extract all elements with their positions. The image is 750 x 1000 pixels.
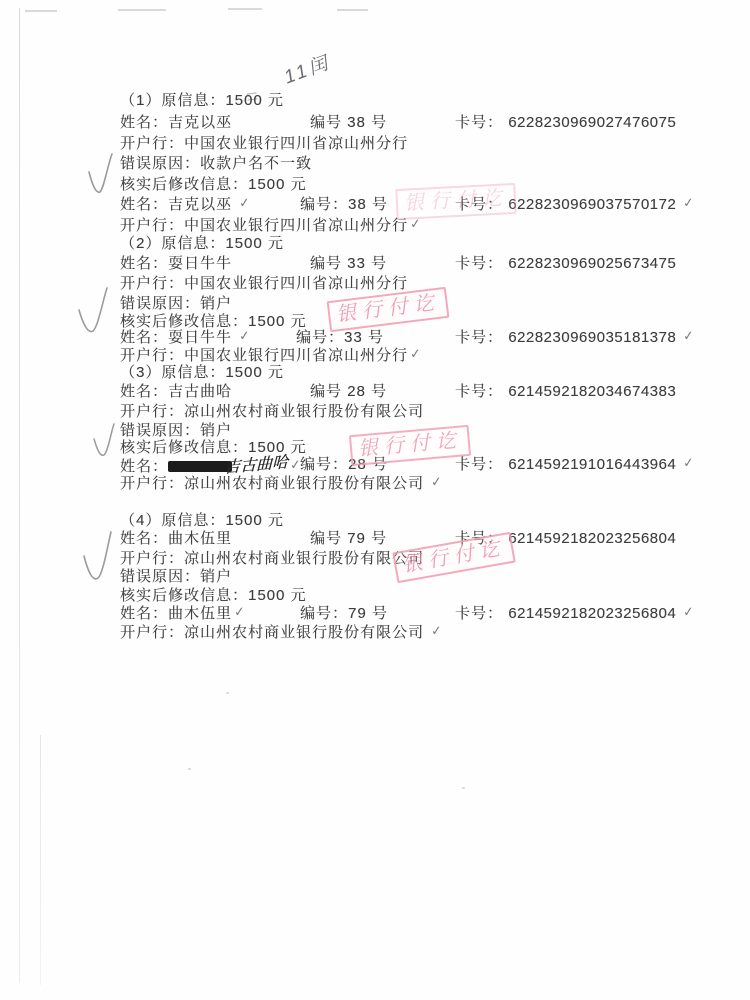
card-label: 卡号： [455, 383, 503, 400]
bank-label: 开户行： [120, 475, 184, 492]
record-1-verified-header: 核实后修改信息：1500 元 [120, 173, 307, 194]
check-mark: ✓ [430, 623, 443, 640]
record-3-original-card-row: 卡号： 6214592182034674383 [455, 380, 676, 401]
new-card-number: 6228230969035181378 [508, 329, 676, 346]
record-3-new-card-row: 卡号： 6214592191016443964✓ [455, 453, 695, 474]
record-1-original-number: 编号 38 号 [310, 111, 387, 132]
record-4-error-row: 错误原因：销户 [120, 565, 232, 586]
check-mark: ✓ [683, 328, 696, 345]
record-4-original-name-row: 姓名：曲木伍里 [120, 527, 232, 548]
original-bank: 凉山州农村商业银行股份有限公司 [184, 403, 424, 420]
check-mark: ✓ [238, 328, 251, 345]
handwritten-note: 11闰 [280, 48, 334, 90]
original-name: 吉克以巫 [168, 114, 232, 131]
check-mark: ✓ [430, 474, 443, 491]
original-bank: 中国农业银行四川省凉山州分行 [184, 275, 408, 292]
scan-top-mark [228, 8, 262, 10]
error-label: 错误原因： [120, 568, 200, 585]
bank-paid-stamp: 银行付讫 [395, 183, 516, 220]
card-label: 卡号： [455, 329, 503, 346]
record-4-original-number: 编号 79 号 [310, 527, 387, 548]
record-2-original-name-row: 姓名：耍日牛牛 [120, 252, 232, 273]
record-3-new-bank-row: 开户行：凉山州农村商业银行股份有限公司✓ [120, 472, 443, 493]
error-reason: 收款户名不一致 [200, 155, 312, 172]
check-mark: ✓ [683, 195, 696, 212]
margin-check-icon [76, 286, 110, 340]
record-2-header: （2）原信息：1500 元 [120, 232, 284, 253]
scan-speck [462, 787, 465, 789]
name-label: 姓名： [120, 530, 168, 547]
record-3-original-bank-row: 开户行：凉山州农村商业银行股份有限公司 [120, 400, 424, 421]
record-1-header: （1）原信息：1500 元 [120, 89, 284, 110]
scan-top-mark [118, 9, 166, 11]
card-label: 卡号： [455, 114, 503, 131]
original-card-number: 6228230969027476075 [508, 114, 676, 131]
new-card-number: 6214592191016443964 [508, 456, 676, 473]
new-card-number: 6228230969037570172 [508, 196, 676, 213]
record-2-original-number: 编号 33 号 [310, 252, 387, 273]
record-2-new-card-row: 卡号： 6228230969035181378✓ [455, 326, 695, 347]
check-mark: ✓ [409, 346, 422, 363]
original-name: 吉古曲哈 [168, 383, 232, 400]
bank-label: 开户行： [120, 624, 184, 641]
new-card-number: 6214592182023256804 [508, 605, 676, 622]
scanned-document-page: 11闰 （1）原信息：1500 元 姓名：吉克以巫 编号 38 号 卡号： 62… [0, 0, 750, 1000]
error-label: 错误原因： [120, 155, 200, 172]
margin-check-icon [92, 422, 116, 462]
check-mark: ✓ [683, 455, 696, 472]
scan-speck [188, 768, 191, 770]
scan-edge-line [19, 8, 20, 983]
record-1-new-number: 编号：38 号 [300, 193, 388, 214]
scan-edge-line [40, 735, 41, 985]
scan-top-mark [25, 10, 57, 12]
original-card-number: 6214592182034674383 [508, 383, 676, 400]
bank-label: 开户行： [120, 135, 184, 152]
name-label: 姓名： [120, 383, 168, 400]
name-label: 姓名： [120, 196, 168, 213]
error-reason: 销户 [200, 568, 232, 585]
bank-paid-stamp: 银行付讫 [327, 287, 450, 332]
record-2-original-card-row: 卡号： 6228230969025673475 [455, 252, 676, 273]
original-name: 耍日牛牛 [168, 255, 232, 272]
card-label: 卡号： [455, 456, 503, 473]
original-card-number: 6228230969025673475 [508, 255, 676, 272]
original-name: 曲木伍里 [168, 530, 232, 547]
new-bank: 凉山州农村商业银行股份有限公司 [184, 624, 424, 641]
margin-check-icon [86, 152, 114, 200]
record-3-original-number: 编号 28 号 [310, 380, 387, 401]
record-4-new-name-row: 姓名：曲木伍里✓ [120, 602, 246, 623]
bank-label: 开户行： [120, 403, 184, 420]
name-label: 姓名： [120, 255, 168, 272]
margin-check-icon [80, 530, 114, 586]
bank-paid-stamp: 银行付讫 [392, 532, 516, 583]
new-name: 吉克以巫 [168, 196, 232, 213]
original-card-number: 6214592182023256804 [508, 530, 676, 547]
check-mark: ✓ [683, 604, 696, 621]
new-bank: 凉山州农村商业银行股份有限公司 [184, 475, 424, 492]
card-label: 卡号： [455, 255, 503, 272]
record-3-header: （3）原信息：1500 元 [120, 361, 284, 382]
original-bank: 中国农业银行四川省凉山州分行 [184, 135, 408, 152]
record-1-new-name-row: 姓名：吉克以巫✓ [120, 193, 251, 214]
record-4-new-bank-row: 开户行：凉山州农村商业银行股份有限公司✓ [120, 621, 443, 642]
record-1-original-bank-row: 开户行：中国农业银行四川省凉山州分行 [120, 132, 408, 153]
bank-paid-stamp: 银行付讫 [349, 425, 471, 466]
name-label: 姓名： [120, 605, 168, 622]
record-3-original-name-row: 姓名：吉古曲哈 [120, 380, 232, 401]
record-4-new-card-row: 卡号： 6214592182023256804✓ [455, 602, 695, 623]
check-mark: ✓ [233, 604, 246, 621]
check-mark: ✓ [238, 195, 251, 212]
record-1-error-row: 错误原因：收款户名不一致 [120, 152, 312, 173]
name-label: 姓名： [120, 114, 168, 131]
scan-top-mark [337, 9, 368, 11]
record-1-original-card-row: 卡号： 6228230969027476075 [455, 111, 676, 132]
scan-speck [226, 692, 229, 694]
record-2-original-bank-row: 开户行：中国农业银行四川省凉山州分行 [120, 272, 408, 293]
bank-label: 开户行： [120, 275, 184, 292]
record-4-new-number: 编号：79 号 [300, 602, 388, 623]
card-label: 卡号： [455, 605, 503, 622]
new-name: 曲木伍里 [168, 605, 232, 622]
record-1-original-name-row: 姓名：吉克以巫 [120, 111, 232, 132]
redaction-bar [168, 461, 232, 472]
